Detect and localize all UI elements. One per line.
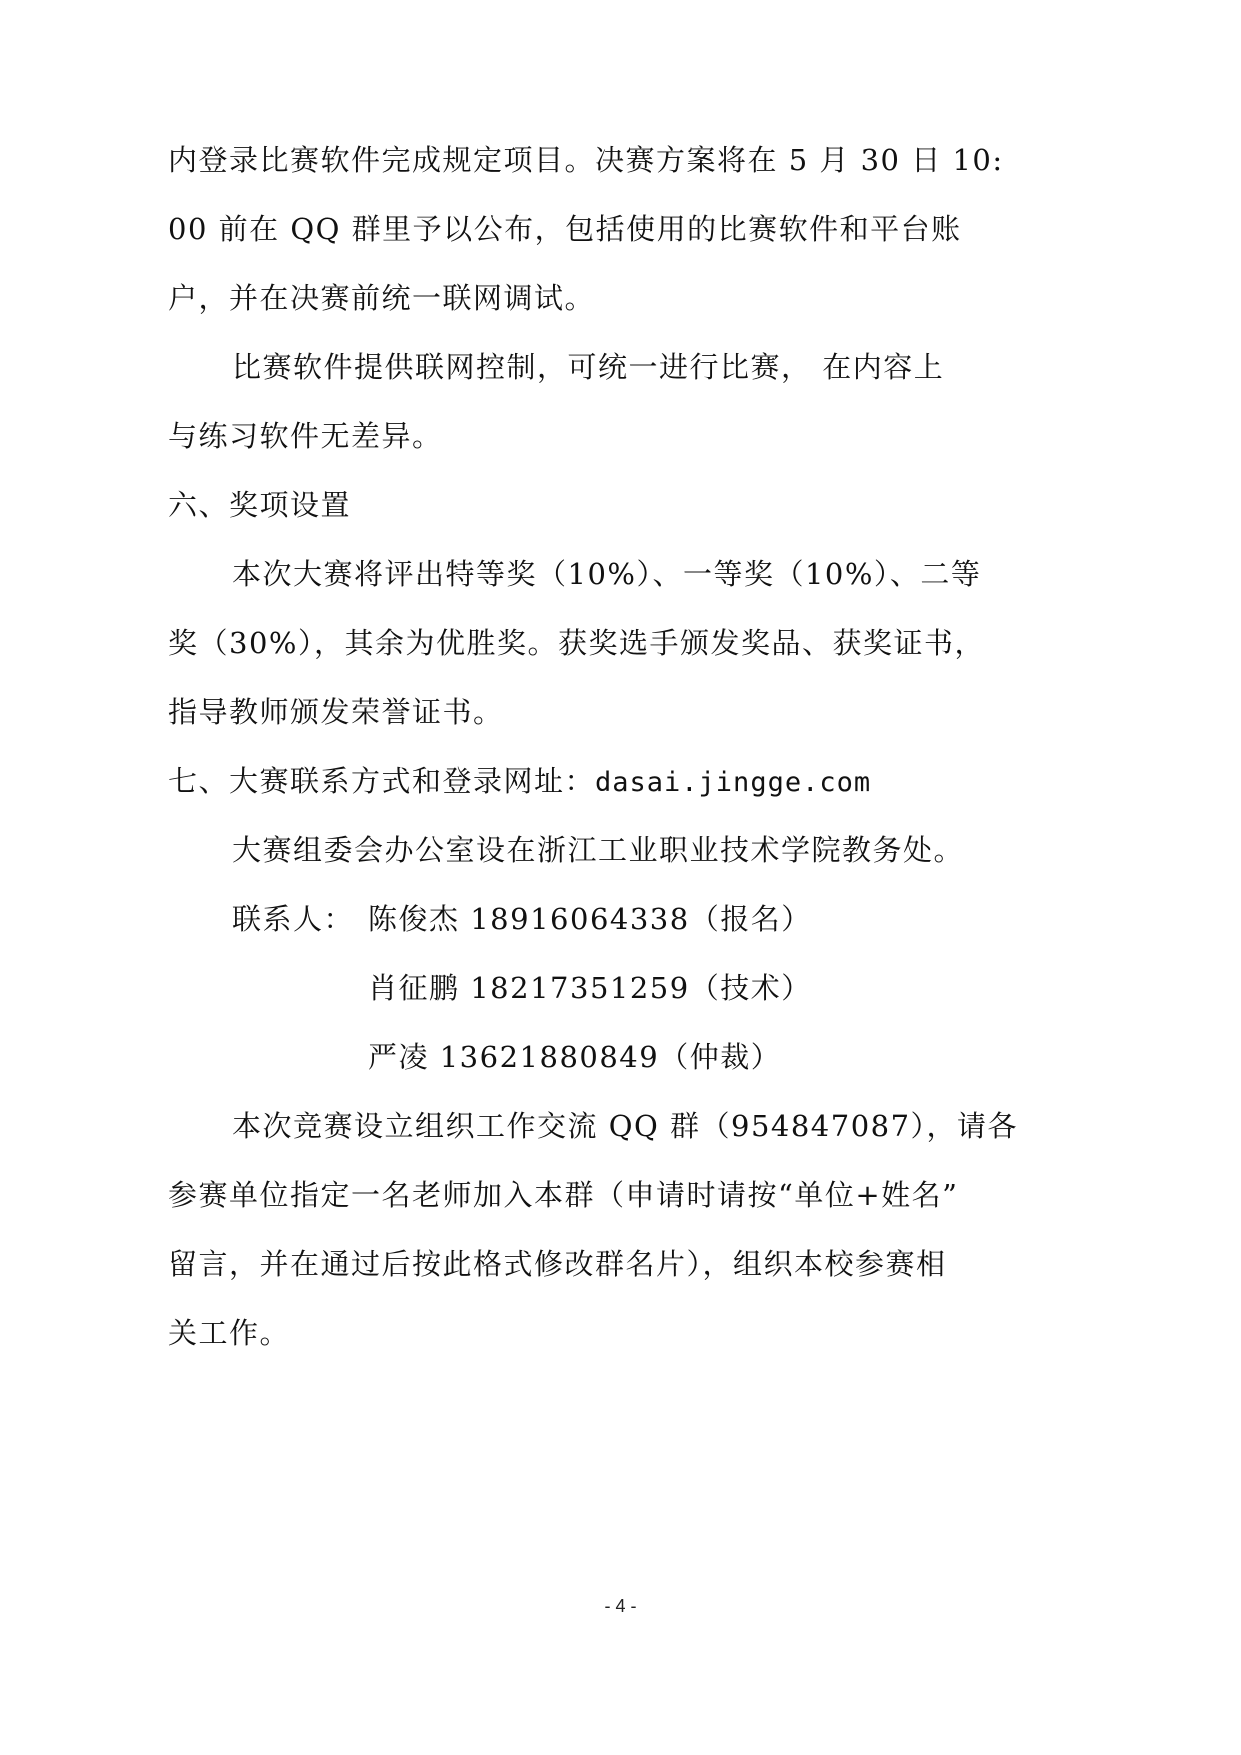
section-heading-awards: 六、奖项设置 bbox=[168, 485, 940, 525]
contact-entry: 肖征鹏 18217351259（技术） bbox=[368, 968, 940, 1008]
body-text-line: 内登录比赛软件完成规定项目。决赛方案将在 5 月 30 日 10: bbox=[168, 140, 940, 180]
contacts-label: 联系人： bbox=[232, 899, 352, 939]
body-text-line: 本次大赛将评出特等奖（10%）、一等奖（10%）、二等 bbox=[232, 554, 940, 594]
contact-role: （报名） bbox=[690, 902, 812, 936]
contact-name: 肖征鹏 bbox=[368, 971, 460, 1005]
body-text-line: 关工作。 bbox=[168, 1313, 940, 1353]
contact-entry: 陈俊杰 18916064338（报名） bbox=[368, 899, 940, 939]
contact-role: （仲裁） bbox=[659, 1040, 781, 1074]
contact-phone: 18217351259 bbox=[470, 971, 689, 1005]
body-text-line: 奖（30%），其余为优胜奖。获奖选手颁发奖品、获奖证书， bbox=[168, 623, 940, 663]
section-heading-text: 七、大赛联系方式和登录网址： bbox=[168, 764, 595, 798]
body-text-line: 指导教师颁发荣誉证书。 bbox=[168, 692, 940, 732]
body-text-line: 比赛软件提供联网控制，可统一进行比赛， 在内容上 bbox=[232, 347, 940, 387]
body-text-line: 参赛单位指定一名老师加入本群（申请时请按“单位+姓名” bbox=[168, 1175, 940, 1215]
contact-name: 陈俊杰 bbox=[368, 902, 460, 936]
page-number: - 4 - bbox=[0, 1596, 1241, 1617]
contact-name: 严凌 bbox=[368, 1040, 429, 1074]
document-page: 内登录比赛软件完成规定项目。决赛方案将在 5 月 30 日 10: 00 前在 … bbox=[0, 0, 1241, 1755]
registration-url[interactable]: dasai.jingge.com bbox=[595, 767, 871, 798]
body-text-line: 00 前在 QQ 群里予以公布，包括使用的比赛软件和平台账 bbox=[168, 209, 940, 249]
body-text-line: 本次竞赛设立组织工作交流 QQ 群（954847087），请各 bbox=[232, 1106, 940, 1146]
body-text-line: 与练习软件无差异。 bbox=[168, 416, 940, 456]
contact-phone: 18916064338 bbox=[470, 902, 689, 936]
contact-role: （技术） bbox=[690, 971, 812, 1005]
contact-phone: 13621880849 bbox=[440, 1040, 659, 1074]
body-text-line: 留言，并在通过后按此格式修改群名片），组织本校参赛相 bbox=[168, 1244, 940, 1284]
contact-entry: 严凌 13621880849（仲裁） bbox=[368, 1037, 940, 1077]
section-heading-contact: 七、大赛联系方式和登录网址：dasai.jingge.com bbox=[168, 761, 940, 801]
body-text-line: 大赛组委会办公室设在浙江工业职业技术学院教务处。 bbox=[232, 830, 940, 870]
body-text-line: 户，并在决赛前统一联网调试。 bbox=[168, 278, 940, 318]
